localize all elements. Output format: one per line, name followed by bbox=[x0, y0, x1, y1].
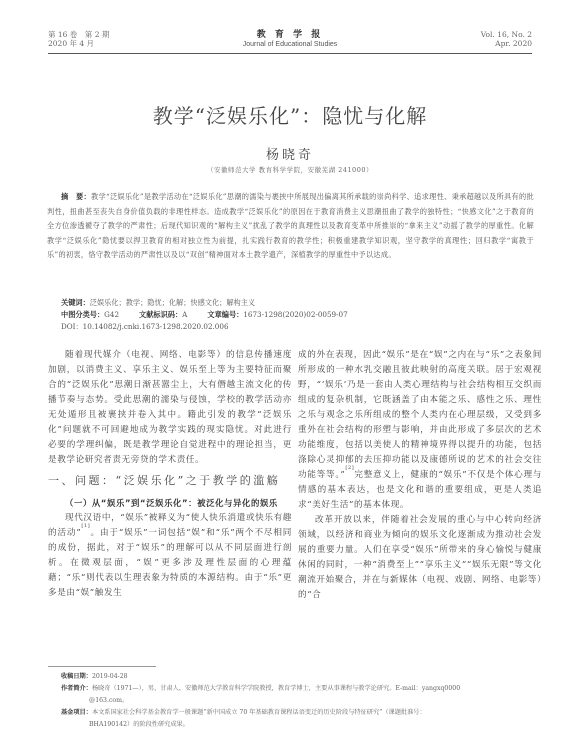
header-divider bbox=[48, 53, 532, 54]
keywords: 关键词：泛娱乐化；教学；隐忧；化解；快感文化；解构主义 bbox=[61, 297, 531, 309]
citation-ref-2[interactable]: [2] bbox=[345, 465, 354, 471]
subsection-heading-1-1: （一）从“娱乐”到“泛娱乐化”：被泛化与异化的娱乐 bbox=[48, 496, 292, 511]
body-right-column: 成的外在表现，因此“娱乐”是在“娱”之内在与“乐”之表象间所形成的一种水乳交融且… bbox=[298, 348, 542, 603]
article-number-label: 文章编号： bbox=[207, 310, 243, 319]
abstract: 摘 要：教学“泛娱乐化”是教学活动在“泛娱乐化”思潮的濡染与裹挟中所展现出偏离其… bbox=[47, 190, 534, 263]
fund-project-label: 基金项目： bbox=[61, 709, 92, 716]
intro-paragraph: 随着现代媒介（电视、网络、电影等）的信息传播速度加剧，以消费主义、享乐主义、娱乐… bbox=[48, 348, 292, 468]
body-left-column: 随着现代媒介（电视、网络、电影等）的信息传播速度加剧，以消费主义、享乐主义、娱乐… bbox=[48, 348, 292, 601]
fund-project: 基金项目：本文系国家社会科学基金教育学一般课题“新中国成立 70 年基础教育课程… bbox=[61, 707, 533, 719]
clc-value: G42 bbox=[104, 310, 119, 319]
citation-ref-1[interactable]: [1] bbox=[81, 523, 90, 529]
footnote-divider bbox=[48, 666, 156, 667]
author-email-continued: @163.com。 bbox=[61, 695, 533, 707]
keywords-label: 关键词： bbox=[61, 298, 90, 307]
journal-name-cn: 教 育 学 报 bbox=[48, 30, 532, 40]
continued-paragraph: 成的外在表现，因此“娱乐”是在“娱”之内在与“乐”之表象间所形成的一种水乳交融且… bbox=[298, 348, 542, 513]
classification-line: 中图分类号：G42文献标识码：A文章编号：1673-1298(2020)02-0… bbox=[61, 309, 531, 321]
fund-project-text: 本文系国家社会科学基金教育学一般课题“新中国成立 70 年基础教育课程话语变迁的… bbox=[92, 709, 426, 716]
publication-date-en: Apr. 2020 bbox=[481, 39, 532, 48]
abstract-label: 摘 要： bbox=[61, 192, 91, 201]
volume-issue-en: Vol. 16, No. 2 Apr. 2020 bbox=[481, 30, 532, 48]
author-bio-label: 作者简介： bbox=[61, 685, 92, 692]
fund-project-continued: BHA190142）的阶段性研究成果。 bbox=[61, 719, 533, 731]
abstract-text: 教学“泛娱乐化”是教学活动在“泛娱乐化”思潮的濡染与裹挟中所展现出偏离其所承载的… bbox=[47, 192, 534, 259]
article-title: 教学“泛娱乐化”：隐忧与化解 bbox=[0, 100, 580, 129]
keywords-text: 泛娱乐化；教学；隐忧；化解；快感文化；解构主义 bbox=[90, 298, 255, 307]
article-number-value: 1673-1298(2020)02-0059-07 bbox=[243, 310, 347, 319]
paragraph-text: 成的外在表现，因此“娱乐”是在“娱”之内在与“乐”之表象间所形成的一种水乳交融且… bbox=[298, 350, 542, 480]
second-paragraph: 改革开放以来，伴随着社会发展的重心与中心转向经济领域，以经济和商业为倾向的娱乐文… bbox=[298, 513, 542, 603]
doi[interactable]: DOI：10.14082/j.cnki.1673-1298.2020.02.00… bbox=[61, 321, 531, 333]
volume-issue-number-en: Vol. 16, No. 2 bbox=[481, 30, 532, 39]
author-bio-text: 杨晓奇（1971—），男，甘肃人，安徽师范大学教育科学学院教授，教育学博士，主要… bbox=[92, 685, 460, 692]
received-date-label: 收稿日期： bbox=[61, 673, 92, 680]
received-date: 收稿日期：2019-04-28 bbox=[61, 671, 533, 683]
journal-page: 第 16 卷 第 2 期 2020 年 4 月 教 育 学 报 Journal … bbox=[0, 0, 580, 740]
journal-name: 教 育 学 报 Journal of Educational Studies bbox=[48, 30, 532, 49]
section-heading-1: 一、问题：“泛娱乐化”之于教学的滥觞 bbox=[48, 472, 292, 490]
running-header: 第 16 卷 第 2 期 2020 年 4 月 教 育 学 报 Journal … bbox=[48, 30, 532, 50]
author-affiliation: （安徽师范大学 教育科学学院，安徽芜湖 241000） bbox=[0, 165, 580, 174]
paragraph-text: 。由于“娱乐”一词包括“娱”和“乐”两个不尽相同的成份，据此，对于“娱乐”的理解… bbox=[48, 528, 292, 598]
footnotes: 收稿日期：2019-04-28 作者简介：杨晓奇（1971—），男，甘肃人，安徽… bbox=[61, 671, 533, 731]
subsection-1-1-paragraph: 现代汉语中，“娱乐”被释义为“使人快乐消遣或快乐有趣的活动”[1]。由于“娱乐”… bbox=[48, 511, 292, 601]
journal-name-en: Journal of Educational Studies bbox=[48, 40, 532, 49]
author-name: 杨晓奇 bbox=[0, 144, 580, 163]
doc-code-label: 文献标识码： bbox=[139, 310, 182, 319]
author-bio: 作者简介：杨晓奇（1971—），男，甘肃人，安徽师范大学教育科学学院教授，教育学… bbox=[61, 683, 533, 695]
clc-label: 中图分类号： bbox=[61, 310, 104, 319]
doc-code-value: A bbox=[182, 310, 187, 319]
received-date-value: 2019-04-28 bbox=[92, 673, 128, 680]
